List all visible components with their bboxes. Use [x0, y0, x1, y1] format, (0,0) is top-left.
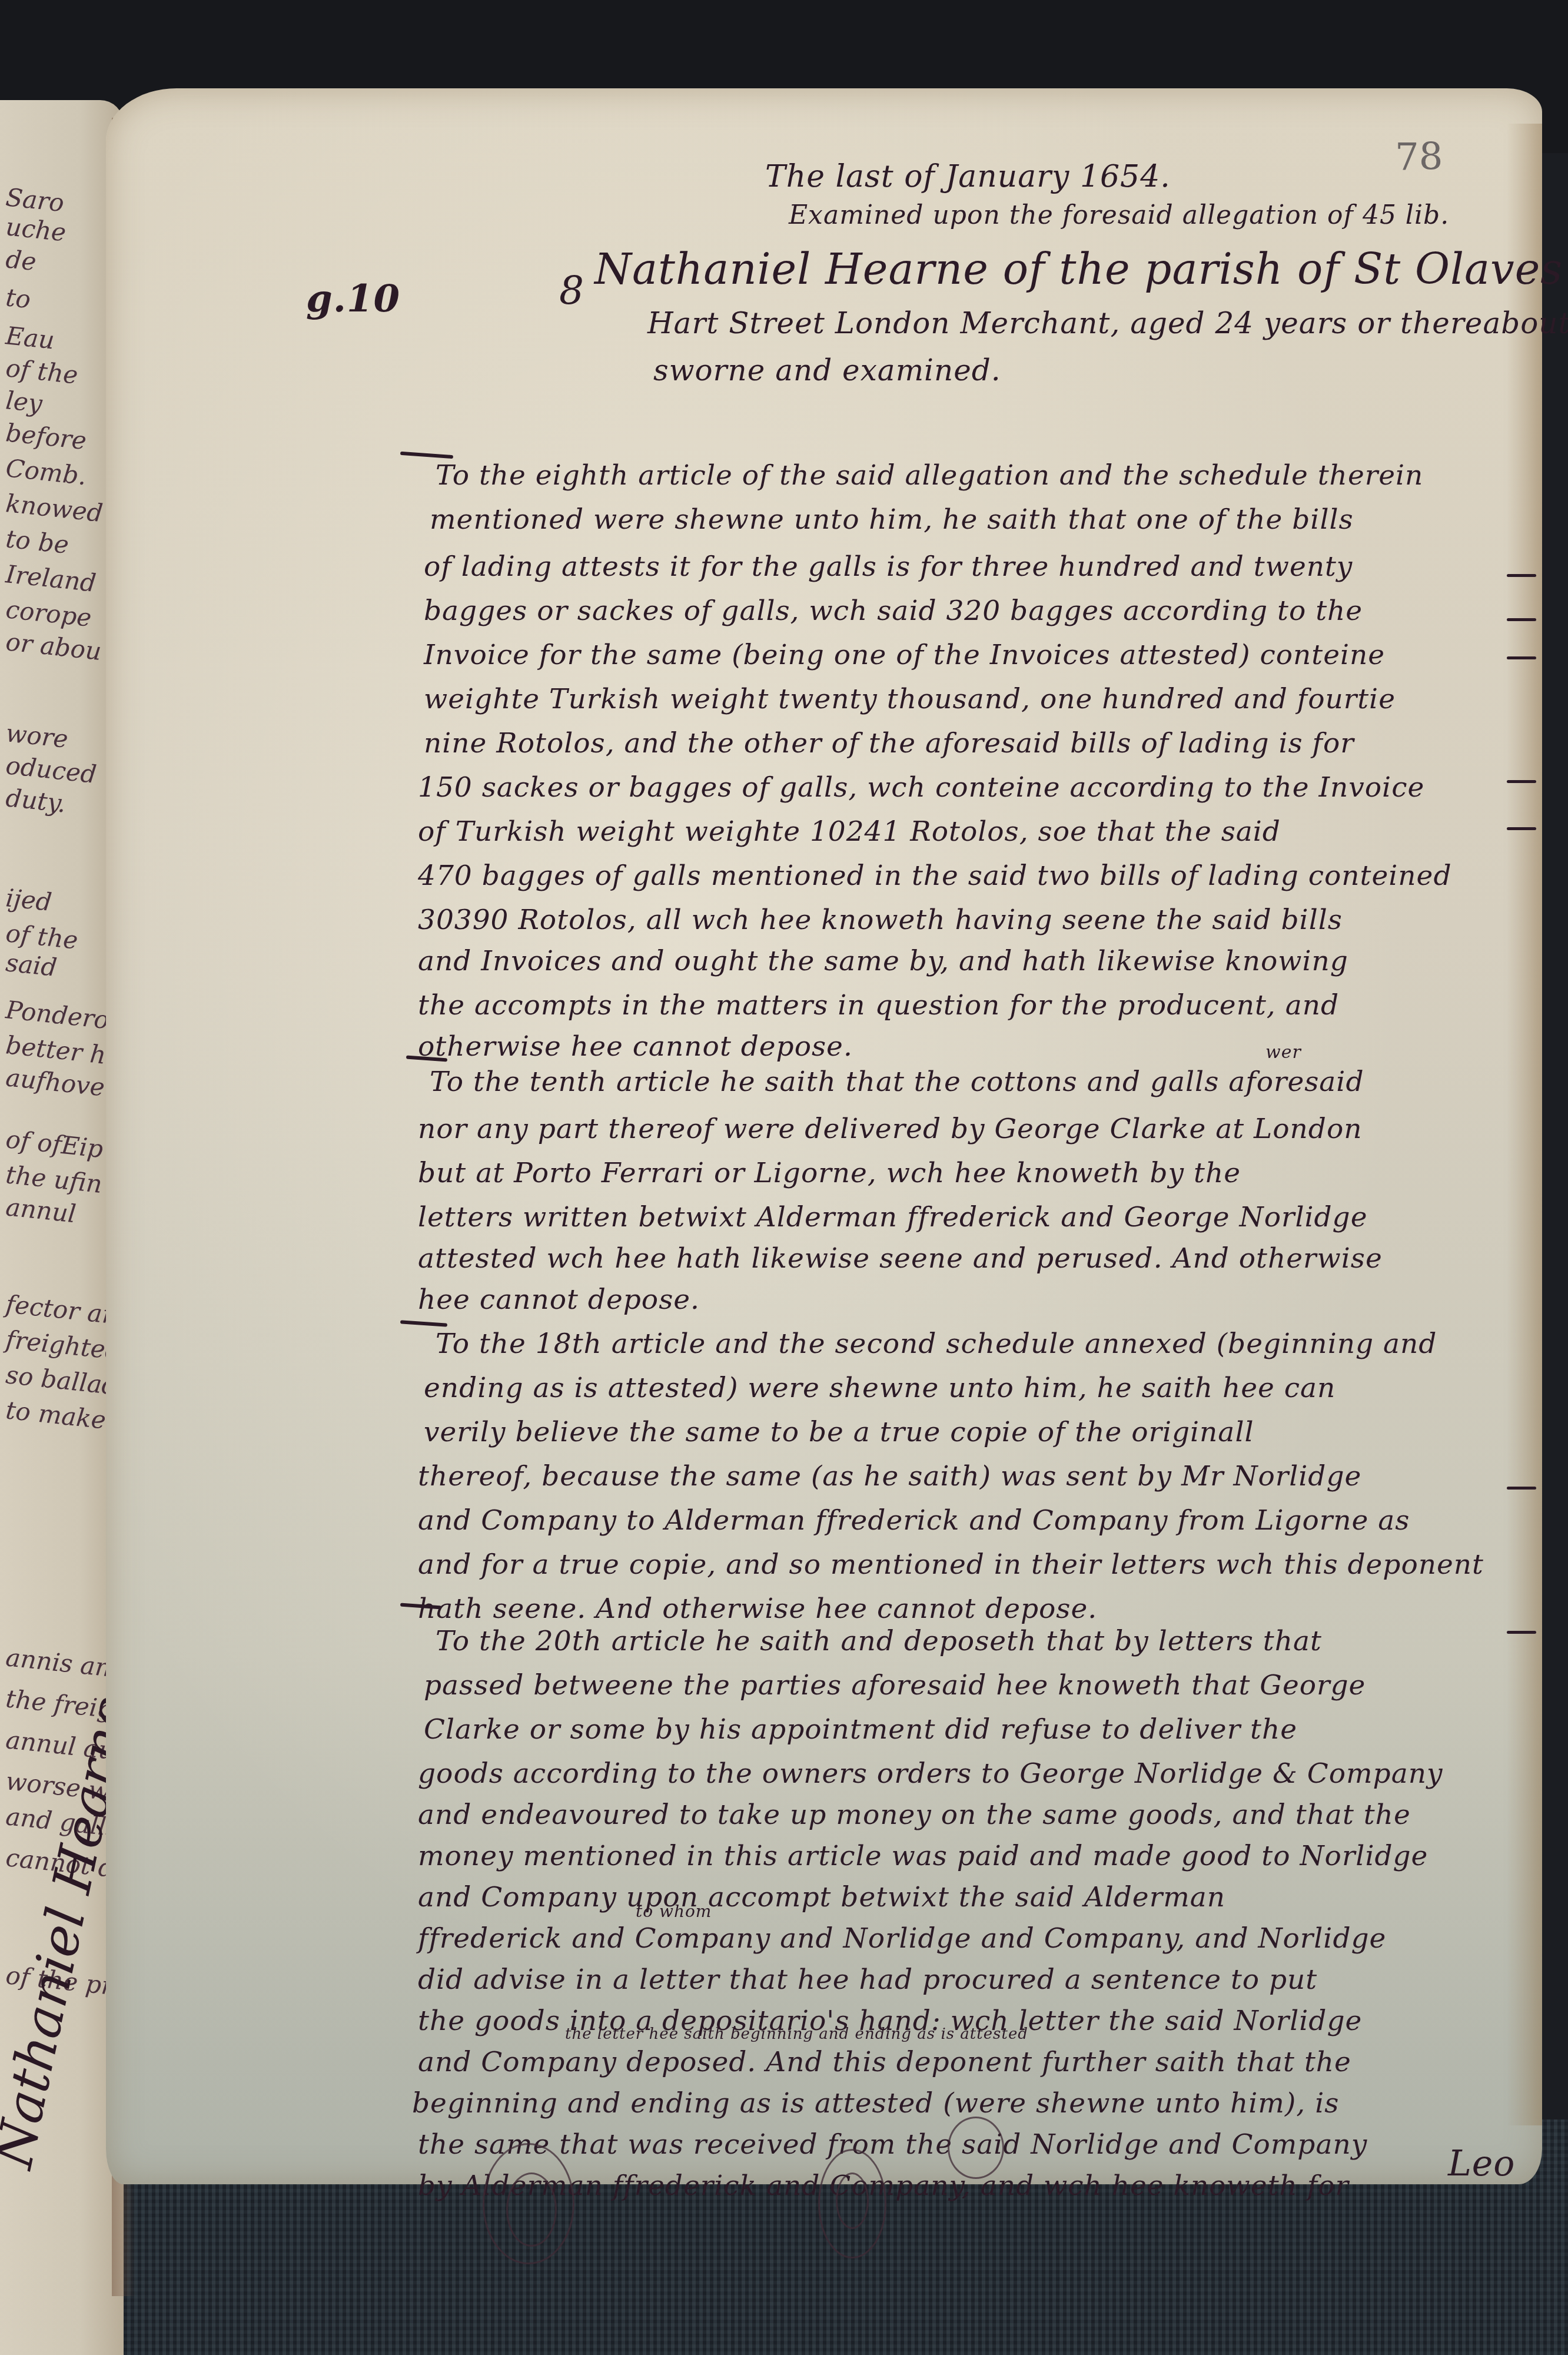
text-line: To the eighth article of the said allega… — [436, 459, 1423, 492]
folio-number: 78 — [1395, 135, 1443, 179]
text-line: of Turkish weight weighte 10241 Rotolos,… — [418, 815, 1281, 848]
left-page-signature: Nathaniel Hearne — [0, 1690, 124, 2174]
deponent-line-2: Hart Street London Merchant, aged 24 yea… — [647, 306, 1568, 340]
left-fragment: wore — [4, 718, 69, 754]
text-line: 150 sackes or bagges of galls, wch conte… — [418, 771, 1424, 804]
left-fragment: uche — [4, 212, 67, 247]
text-line: hath seene. And otherwise hee cannot dep… — [418, 1593, 1097, 1625]
left-fragment: ijed — [4, 883, 53, 917]
line-filler-dash — [1507, 618, 1536, 621]
text-line: and for a true copie, and so mentioned i… — [418, 1548, 1484, 1581]
left-fragment: to make — [4, 1395, 107, 1435]
text-line: the accompts in the matters in question … — [418, 989, 1339, 1021]
deponent-line-3: sworne and examined. — [653, 353, 1001, 387]
left-fragment: Eau — [4, 321, 55, 354]
pen-trial-spiral — [836, 2172, 869, 2229]
interlinear-insertion: to whom — [636, 1902, 712, 1921]
left-fragment: annul — [4, 1192, 77, 1228]
text-line: Invoice for the same (being one of the I… — [424, 639, 1385, 671]
line-filler-dash — [1507, 827, 1536, 830]
text-line: ffrederick and Company and Norlidge and … — [418, 1922, 1386, 1955]
text-line: did advise in a letter that hee had proc… — [418, 1963, 1317, 1996]
deponent-number: 8 — [559, 268, 584, 313]
text-line: nor any part thereof were delivered by G… — [418, 1113, 1363, 1145]
left-fragment: knowed — [4, 489, 104, 528]
text-line: thereof, because the same (as he saith) … — [418, 1460, 1361, 1492]
left-fragment: said — [4, 948, 58, 982]
text-line: Clarke or some by his appointment did re… — [424, 1713, 1297, 1746]
text-line: 470 bagges of galls mentioned in the sai… — [418, 860, 1451, 892]
line-filler-dash — [1507, 574, 1536, 577]
left-fragment: so ballad — [4, 1360, 119, 1401]
left-fragment: to be — [4, 524, 70, 559]
left-fragment: freighted — [4, 1325, 122, 1365]
text-line: attested wch hee hath likewise seene and… — [418, 1242, 1383, 1275]
text-line: nine Rotolos, and the other of the afore… — [424, 727, 1354, 759]
text-line: ending as is attested) were shewne unto … — [424, 1372, 1336, 1404]
text-line: and Invoices and ought the same by, and … — [418, 945, 1348, 977]
left-fragment: de — [4, 244, 38, 276]
margin-reference: g.10 — [306, 277, 400, 321]
left-fragment: before — [4, 418, 88, 455]
text-line: bagges or sackes of galls, wch said 320 … — [424, 595, 1363, 627]
left-fragment: of ofEip — [4, 1125, 104, 1163]
text-line: mentioned were shewne unto him, he saith… — [430, 503, 1354, 536]
left-fragment: or abou — [4, 627, 102, 666]
left-fragment: oduced — [4, 751, 98, 789]
left-fragment: Comb. — [4, 453, 88, 490]
text-line: money mentioned in this article was paid… — [418, 1840, 1428, 1872]
line-filler-dash — [1507, 1631, 1536, 1634]
text-line: but at Porto Ferrari or Ligorne, wch hee… — [418, 1157, 1241, 1189]
text-line: goods according to the owners orders to … — [418, 1757, 1443, 1790]
pen-trial-spiral — [506, 2172, 557, 2247]
interlinear-insertion: the letter hee saith beginning and endin… — [565, 2025, 1028, 2043]
text-line: hee cannot depose. — [418, 1283, 700, 1316]
text-line: beginning and ending as is attested (wer… — [412, 2087, 1339, 2119]
text-line: To the 18th article and the second sched… — [436, 1328, 1437, 1360]
text-line: and Company deposed. And this deponent f… — [418, 2046, 1351, 2078]
pen-trial-loop — [948, 2117, 1004, 2179]
text-line: and Company upon accompt betwixt the sai… — [418, 1881, 1225, 1913]
date-line: The last of January 1654. — [765, 159, 1171, 194]
text-line: otherwise hee cannot depose. — [418, 1030, 853, 1063]
facing-page-left: Saro uche de to Eau of the ley before Co… — [0, 100, 124, 2355]
line-filler-dash — [1507, 1487, 1536, 1490]
line-filler-dash — [1507, 780, 1536, 783]
text-line: To the tenth article he saith that the c… — [430, 1066, 1364, 1098]
text-line: the same that was received from the said… — [418, 2128, 1367, 2161]
text-line: verily believe the same to be a true cop… — [424, 1416, 1254, 1448]
deponent-line-1: Nathaniel Hearne of the parish of St Ola… — [594, 244, 1563, 294]
text-line: To the 20th article he saith and deposet… — [436, 1625, 1322, 1657]
text-line: passed betweene the parties aforesaid he… — [424, 1669, 1366, 1701]
left-fragment: to — [4, 283, 32, 314]
left-fragment: of the — [4, 353, 79, 390]
text-line: weighte Turkish weight twenty thousand, … — [424, 683, 1396, 715]
left-fragment: the ufin — [4, 1160, 103, 1199]
text-line: 30390 Rotolos, all wch hee knoweth havin… — [418, 904, 1343, 936]
text-line: and Company to Alderman ffrederick and C… — [418, 1504, 1410, 1537]
left-fragment: ley — [4, 386, 44, 418]
line-filler-dash — [1507, 656, 1536, 659]
left-fragment: corope — [4, 595, 92, 632]
left-fragment: duty. — [4, 783, 67, 818]
interlinear-insertion: wer — [1265, 1042, 1301, 1063]
examined-line: Examined upon the foresaid allegation of… — [789, 200, 1449, 230]
catchword: Leo — [1448, 2143, 1515, 2184]
text-line: of lading attests it for the galls is fo… — [424, 550, 1353, 583]
text-line: and endeavoured to take up money on the … — [418, 1799, 1411, 1831]
text-line: letters written betwixt Alderman ffreder… — [418, 1201, 1367, 1233]
left-fragment: Ireland — [4, 559, 97, 598]
